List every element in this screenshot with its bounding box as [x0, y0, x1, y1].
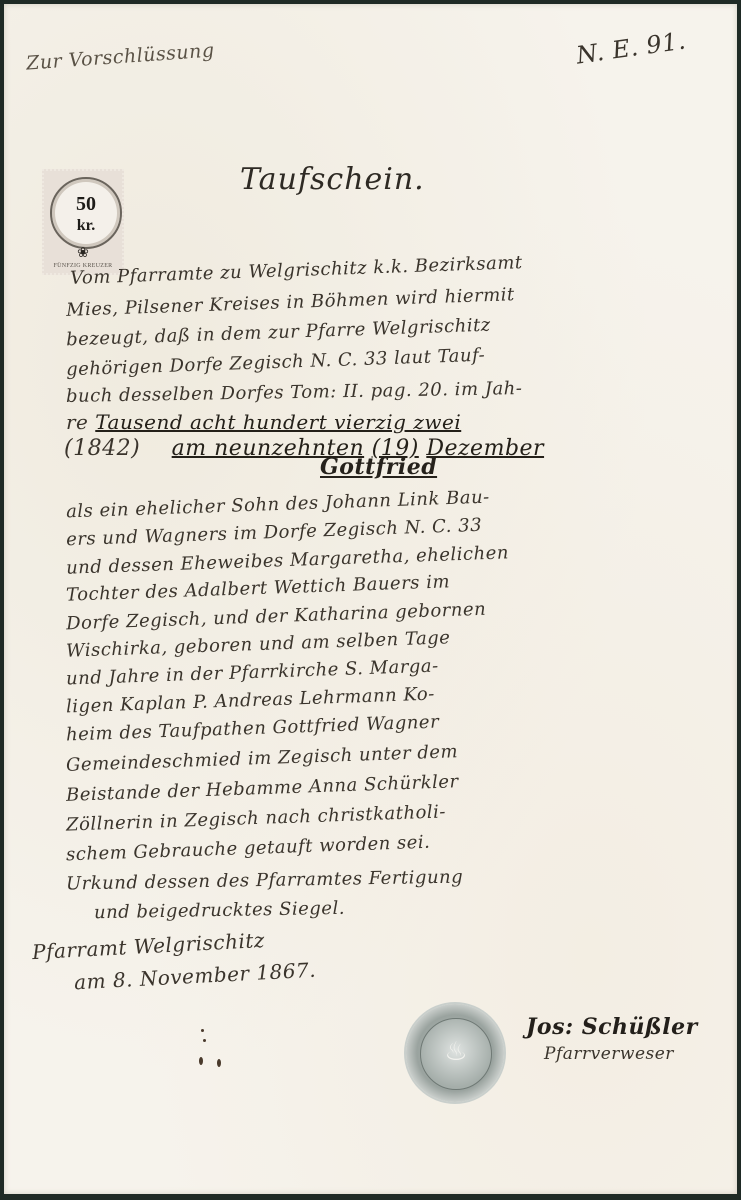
stamp-unit: kr. — [52, 217, 120, 235]
saint-figure-icon: ♨ — [421, 1037, 491, 1067]
parish-seal: ♨ — [406, 1004, 504, 1102]
signature-name: Jos: Schüßler — [526, 1014, 698, 1040]
document-title: Taufschein. — [240, 162, 425, 197]
reference-number: N. E. 91. — [575, 26, 688, 69]
seal-center: ♨ — [420, 1018, 492, 1090]
year-digits: (1842) — [64, 436, 140, 461]
year-prefix: re — [66, 410, 95, 434]
body-line-16: ligen Kaplan P. Andreas Lehrmann Ko- — [66, 684, 435, 718]
body-line-5: buch desselben Dorfes Tom: II. pag. 20. … — [66, 378, 523, 407]
month: Dezember — [426, 436, 544, 461]
body-line-21: schem Gebrauche getauft worden sei. — [66, 832, 431, 866]
body-line-date: (1842) am neunzehnten (19) Dezember — [64, 436, 544, 461]
revenue-stamp: 50 kr. ❀ FÜNFZIG KREUZER — [42, 169, 124, 275]
double-headed-eagle-icon: ❀ — [44, 245, 122, 261]
year-in-words: Tausend acht hundert vierzig zwei — [95, 410, 461, 434]
signature-title: Pfarrverweser — [544, 1044, 674, 1064]
body-line-17: heim des Taufpathen Gottfried Wagner — [66, 711, 440, 745]
certificate-page: Zur Vorschlüssung N. E. 91. Taufschein. … — [4, 4, 737, 1194]
ink-blots — [199, 1029, 229, 1069]
body-line-20: Zöllnerin in Zegisch nach christkatholi- — [66, 801, 447, 835]
body-line-22: Urkund dessen des Pfarramtes Fertigung — [66, 867, 464, 895]
body-line-year: re Tausend acht hundert vierzig zwei — [66, 410, 461, 434]
stamp-ring: 50 kr. — [50, 177, 122, 249]
body-line-23: und beigedrucktes Siegel. — [94, 898, 345, 923]
closing-place: Pfarramt Welgrischitz — [32, 928, 266, 964]
closing-date: am 8. November 1867. — [74, 958, 317, 995]
body-line-4: gehörigen Dorfe Zegisch N. C. 33 laut Ta… — [66, 345, 486, 381]
body-line-18: Gemeindeschmied im Zegisch unter dem — [66, 741, 459, 776]
body-line-1: Vom Pfarramte zu Welgrischitz k.k. Bezir… — [70, 252, 523, 289]
body-line-19: Beistande der Hebamme Anna Schürkler — [66, 771, 459, 806]
body-line-3: bezeugt, daß in dem zur Pfarre Welgrisch… — [66, 315, 491, 351]
baptized-name: Gottfried — [320, 454, 437, 480]
corner-note: Zur Vorschlüssung — [25, 39, 215, 74]
stamp-value: 50 — [52, 193, 120, 216]
